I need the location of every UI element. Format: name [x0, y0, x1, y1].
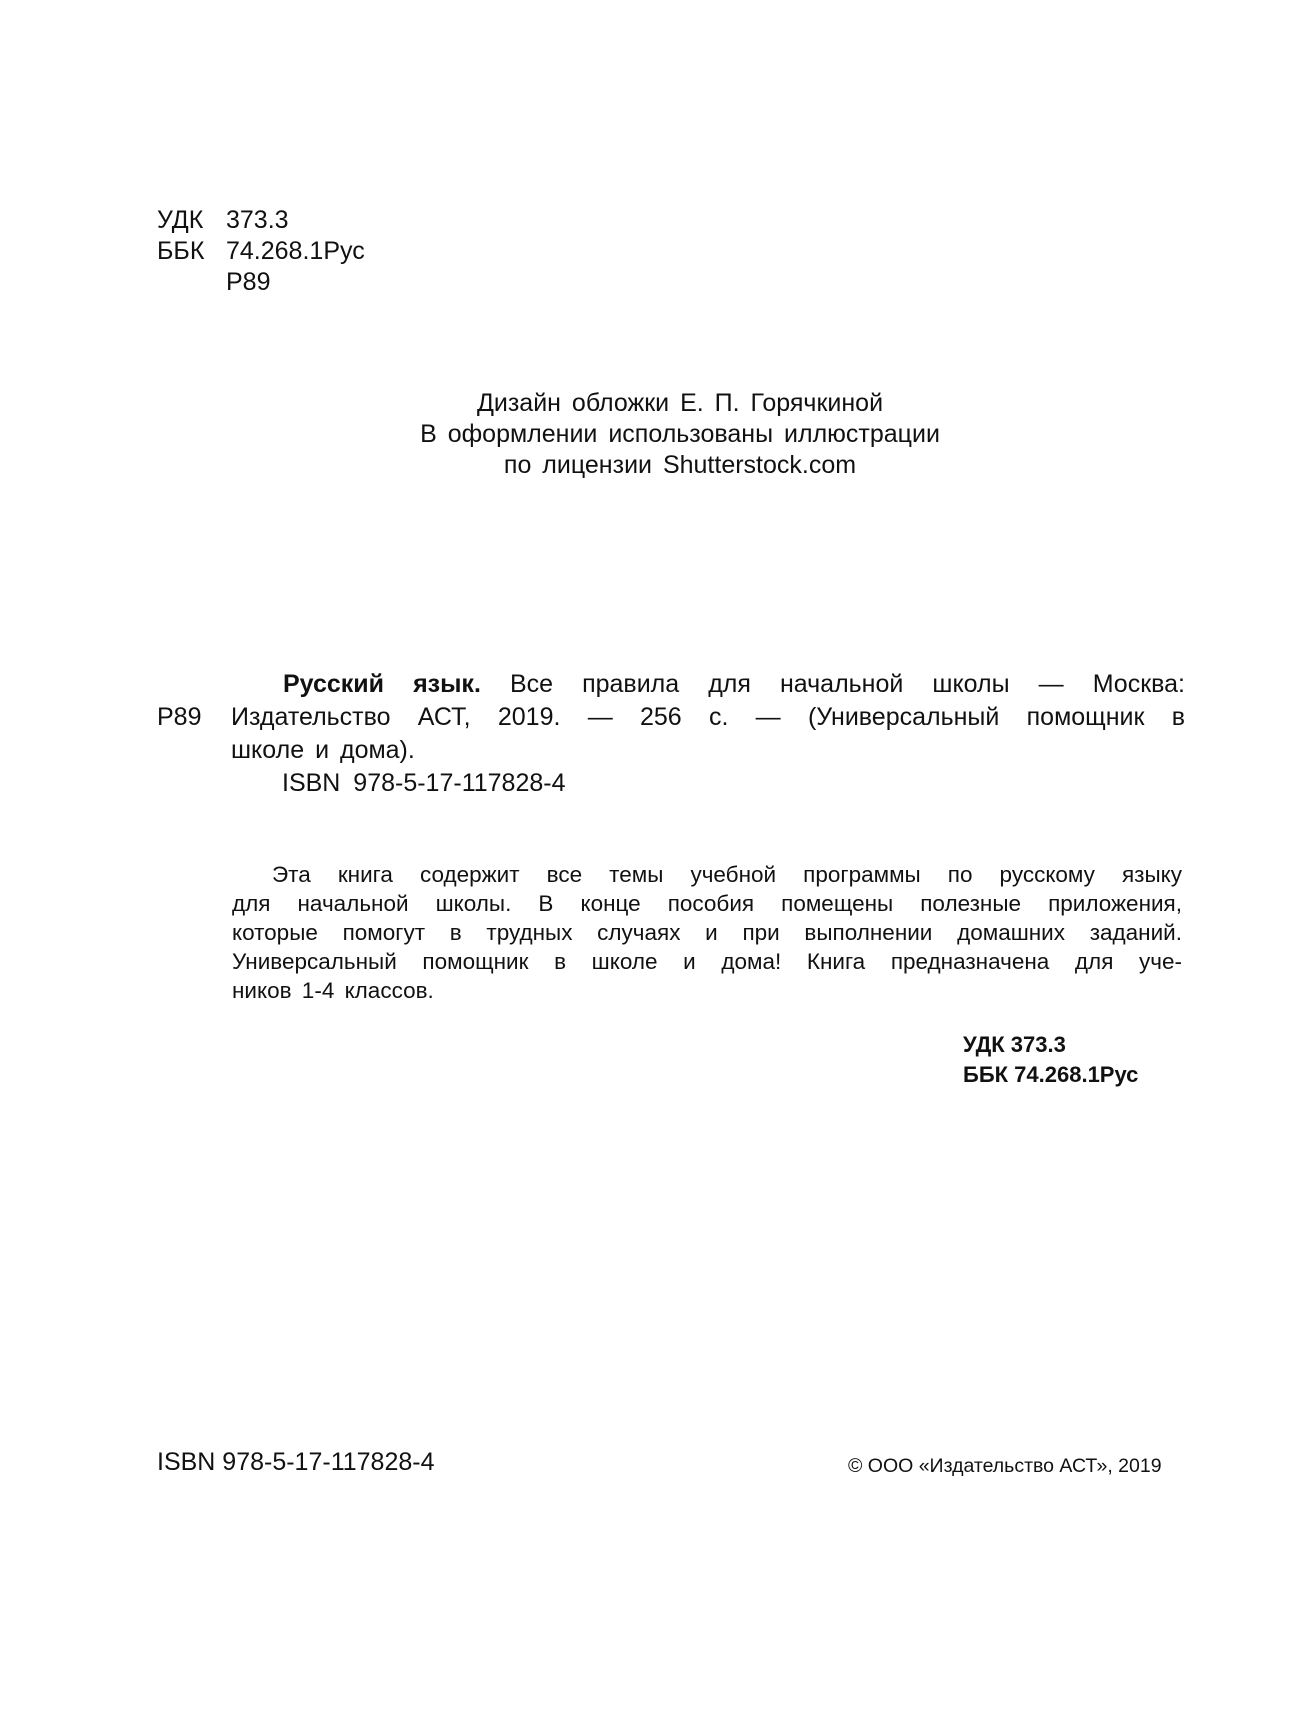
illustrations-credit: В оформлении использованы иллюстрации — [300, 419, 1060, 450]
biblio-line-1: Русский язык. Все правила для начальной … — [157, 668, 1185, 701]
classification-codes-bold: УДК 373.3 ББК 74.268.1Рус — [963, 1030, 1138, 1090]
biblio-line-1-rest: Все правила для начальной школы — Москва… — [510, 670, 1185, 698]
footer-copyright: © ООО «Издательство АСТ», 2019 — [848, 1455, 1162, 1478]
book-title: Русский язык. — [283, 670, 481, 698]
biblio-line-2: Р89Издательство АСТ, 2019. — 256 с. — (У… — [157, 701, 1185, 734]
author-mark-row: Р89 — [157, 267, 365, 298]
biblio-line-3: школе и дома). — [157, 734, 1185, 767]
udk-bold: УДК 373.3 — [963, 1030, 1138, 1060]
annotation-line: которые помогут в трудных случаях и при … — [232, 918, 1182, 947]
design-credits: Дизайн обложки Е. П. Горячкиной В оформл… — [300, 388, 1060, 481]
udk-row: УДК373.3 — [157, 205, 365, 236]
udk-value: 373.3 — [226, 206, 289, 234]
license-credit: по лицензии Shutterstock.com — [300, 450, 1060, 481]
bbk-bold: ББК 74.268.1Рус — [963, 1060, 1138, 1090]
footer-isbn: ISBN 978-5-17-117828-4 — [157, 1448, 435, 1477]
annotation-line: Эта книга содержит все темы учебной прог… — [232, 860, 1182, 889]
annotation-paragraph: Эта книга содержит все темы учебной прог… — [232, 860, 1182, 1005]
udk-label: УДК — [157, 205, 226, 236]
cover-design-credit: Дизайн обложки Е. П. Горячкиной — [300, 388, 1060, 419]
bbk-row: ББК74.268.1Рус — [157, 236, 365, 267]
bibliographic-record: Русский язык. Все правила для начальной … — [157, 668, 1185, 800]
annotation-line: для начальной школы. В конце пособия пом… — [232, 889, 1182, 918]
biblio-isbn: ISBN 978-5-17-117828-4 — [157, 767, 1185, 800]
publisher-details: Издательство АСТ, 2019. — 256 с. — (Унив… — [231, 703, 1185, 731]
annotation-line: Универсальный помощник в школе и дома! К… — [232, 947, 1182, 976]
classification-codes: УДК373.3 ББК74.268.1Рус Р89 — [157, 205, 365, 298]
author-mark: Р89 — [226, 268, 270, 296]
annotation-line: ников 1-4 классов. — [232, 976, 1182, 1005]
bbk-value: 74.268.1Рус — [226, 237, 365, 265]
bbk-label: ББК — [157, 236, 226, 267]
biblio-author-mark: Р89 — [157, 701, 201, 734]
